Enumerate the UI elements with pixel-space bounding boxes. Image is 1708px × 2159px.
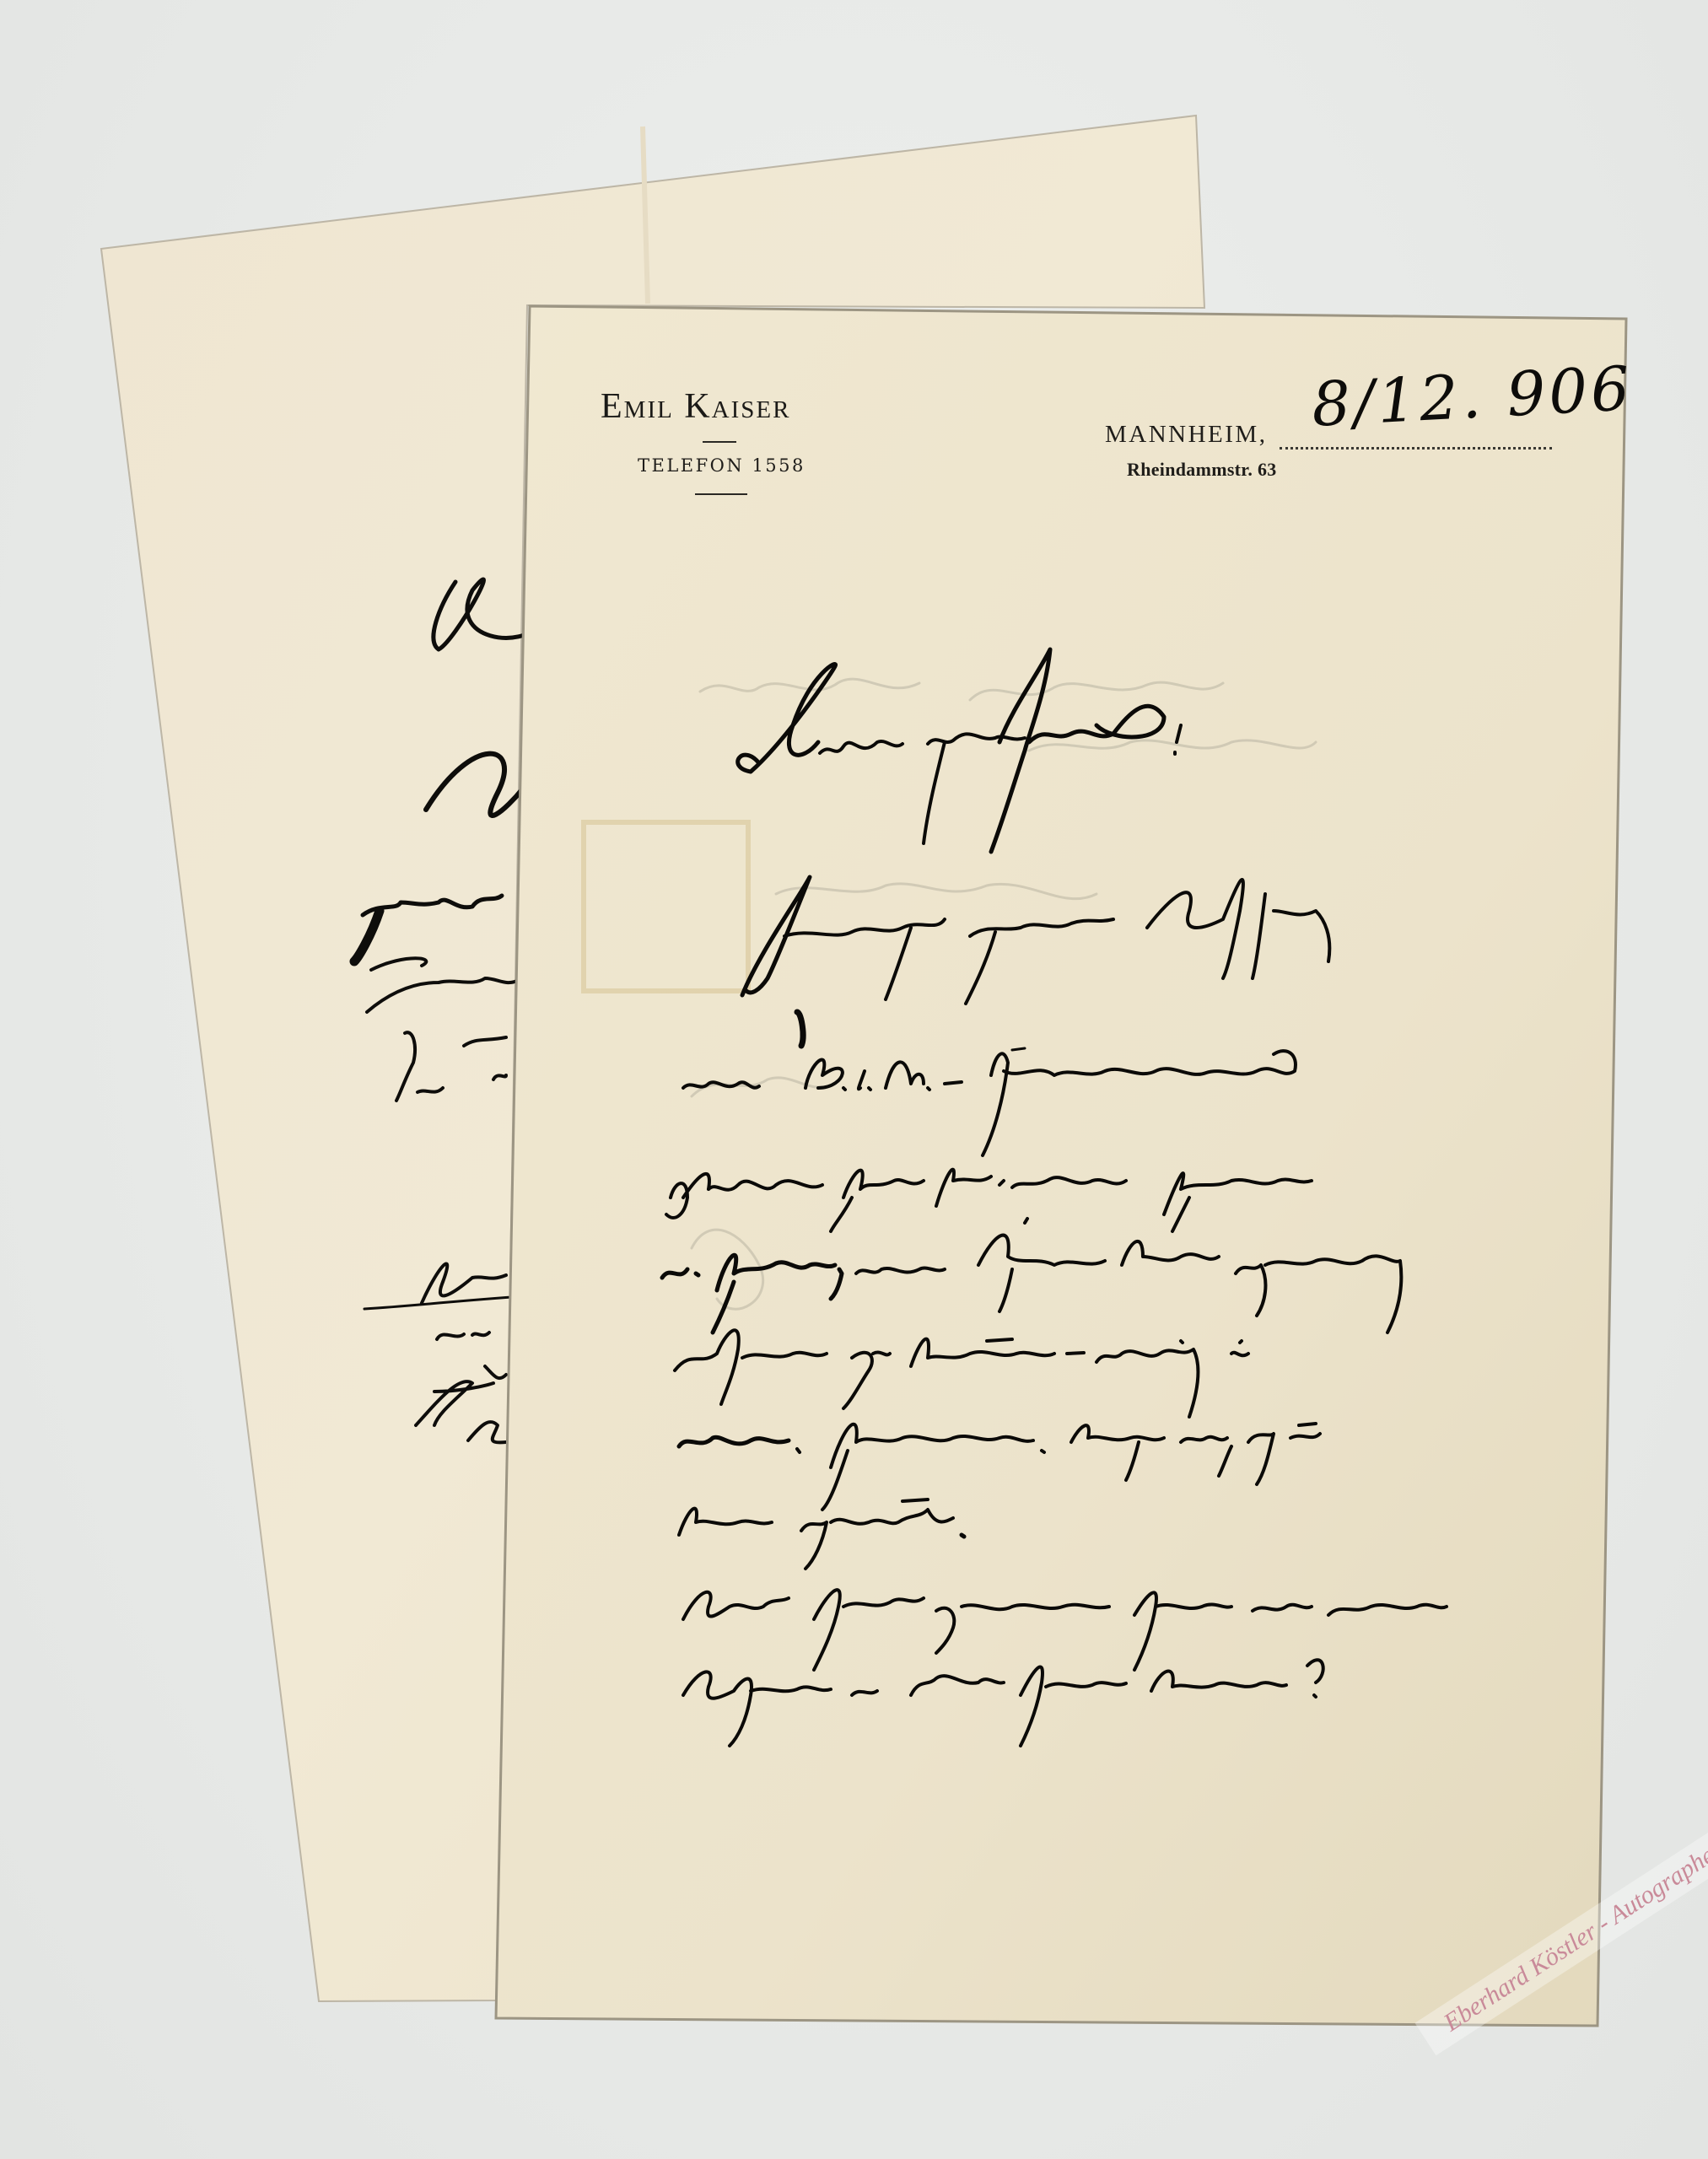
body-line-1: Herzlichsten Glückwunsch. Aufschrieb [742,902,1407,941]
salutation: Lieber alter Freund! [751,717,1102,756]
body-line-9: Schaffen in den Kunstkreisen? [683,1666,1204,1704]
front-sheet: Emil Kaiser TELEFON 1558 MANNHEIM, Rhein… [0,0,1708,2159]
body-line-3: ich arbeiten hier fest in Deinem Interes… [671,1164,1386,1203]
body-line-5: verstanden zu bekommen - natürlich in [675,1333,1346,1371]
body-line-2: von B. d. M. - Zimmermann und [683,1058,1228,1097]
body-line-6: Deiner Gegenwart. Sorge nun, daß er [679,1417,1325,1456]
body-line-7: bald geschieht. [679,1505,940,1544]
body-line-4: u. hoffen, einen kleinen Abend gemeinsam [662,1244,1391,1283]
body-line-8: Was sagst Du zu meinem Bilde und meinem [683,1586,1431,1624]
